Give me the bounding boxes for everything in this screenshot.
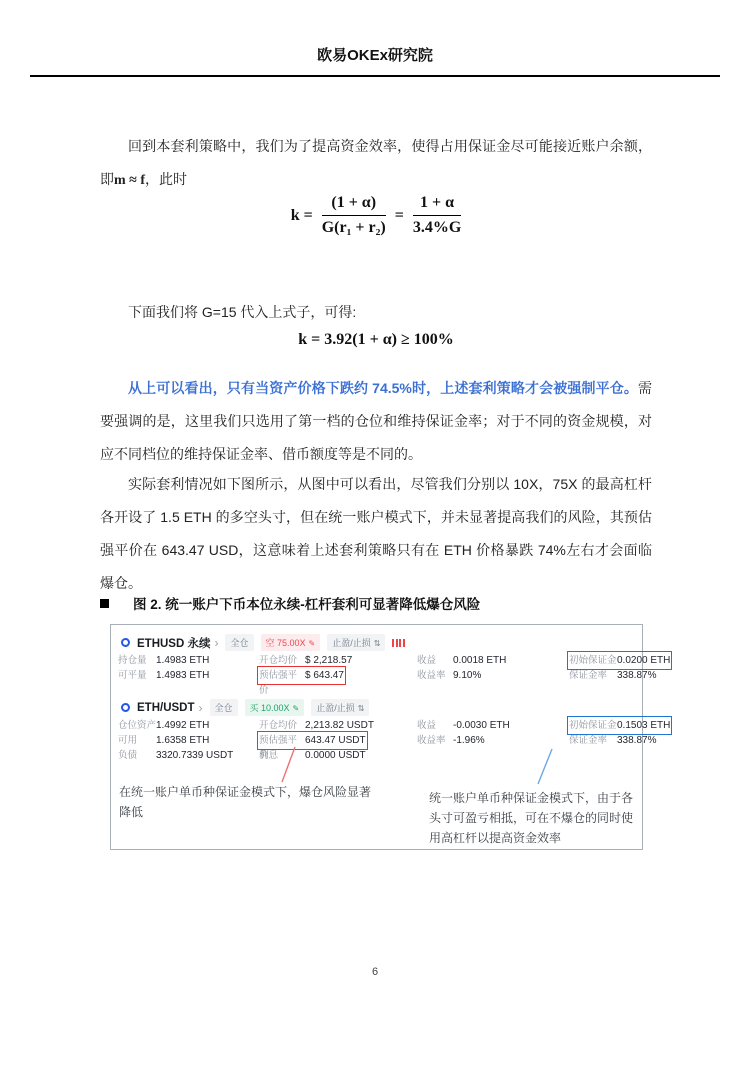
annotation-right: 统一账户单币种保证金模式下，由于各头寸可盈亏相抵，可在不爆仓的同时使用高杠杆以提…	[429, 788, 639, 848]
paragraph-actual-arbitrage: 实际套利情况如下图所示，从图中可以看出，尽管我们分别以 10X，75X 的最高杠…	[100, 468, 652, 600]
field-value: 9.10%	[453, 668, 481, 683]
position1-leverage-label: 空 75.00X	[266, 638, 306, 648]
field-value: 1.4983 ETH	[156, 668, 209, 683]
field-label: 保证金率	[569, 733, 617, 748]
formula-lhs: k =	[291, 207, 313, 225]
field-row: 负债3320.7339 USDT	[118, 748, 233, 763]
swap-arrows-icon: ⇅	[374, 639, 381, 648]
field-value: 643.47 USDT	[305, 733, 366, 748]
field-label: 仓位资产	[118, 718, 156, 733]
field-row: 可用1.6358 ETH	[118, 733, 209, 748]
field-value: 338.87%	[617, 733, 656, 748]
position1-tpsl-tag: 止盈/止损⇅	[327, 634, 385, 651]
fraction-2: 1 + α 3.4%G	[413, 194, 461, 237]
formula-equals: =	[395, 207, 404, 225]
field-row: 收益率-1.96%	[417, 733, 485, 748]
initial-margin-row-highlighted: 初始保证金0.0200 ETH	[569, 653, 670, 668]
position-ring-icon	[121, 638, 130, 647]
figure-caption: 图 2. 统一账户下币本位永续-杠杆套利可显著降低爆仓风险	[100, 593, 480, 613]
position2-leverage-label: 买 10.00X	[250, 703, 290, 713]
position1-margin-mode-tag: 全仓	[225, 634, 253, 651]
position-ring-icon	[121, 703, 130, 712]
field-row: 持仓量1.4983 ETH	[118, 653, 209, 668]
field-label: 开仓均价	[259, 653, 305, 668]
field-row: 保证金率338.87%	[569, 733, 656, 748]
header-divider	[30, 75, 720, 77]
inline-math-m-approx-f: m ≈ f	[114, 173, 145, 188]
field-value: $ 643.47	[305, 668, 344, 683]
position2-symbol: ETH/USDT	[137, 702, 195, 714]
fraction-2-numerator: 1 + α	[413, 194, 461, 216]
field-label: 预估强平价	[259, 668, 305, 683]
field-label: 可用	[118, 733, 156, 748]
field-label: 保证金率	[569, 668, 617, 683]
field-value: 1.4983 ETH	[156, 653, 209, 668]
field-label: 收益率	[417, 733, 453, 748]
position2-leverage-tag: 买 10.00X✎	[245, 699, 305, 716]
position1-tpsl-label: 止盈/止损	[332, 638, 371, 648]
paragraph-intro-tail: ，此时	[145, 171, 187, 187]
annotation-left: 在统一账户单币种保证金模式下，爆仓风险显著降低	[119, 782, 381, 822]
position1-leverage-tag: 空 75.00X✎	[261, 634, 321, 651]
document-page: 欧易OKEx研究院 回到本套利策略中，我们为了提高资金效率，使得占用保证金尽可能…	[0, 0, 750, 1066]
field-label: 利息	[259, 748, 305, 763]
field-value: $ 2,218.57	[305, 653, 352, 668]
formula-k-result: k = 3.92(1 + α) ≥ 100%	[100, 331, 652, 349]
position2-tpsl-label: 止盈/止损	[316, 703, 355, 713]
field-value: 0.1503 ETH	[617, 718, 670, 733]
position2-header: ETH/USDT › 全仓 买 10.00X✎ 止盈/止损⇅	[121, 699, 369, 716]
highlighted-conclusion-text: 从上可以看出，只有当资产价格下跌约 74.5%时，上述套利策略才会被强制平仓。	[128, 380, 638, 396]
field-label: 负债	[118, 748, 156, 763]
chevron-right-icon: ›	[214, 636, 218, 650]
report-header-title: 欧易OKEx研究院	[0, 44, 750, 65]
chevron-right-icon: ›	[199, 701, 203, 715]
field-value: -1.96%	[453, 733, 485, 748]
paragraph-conclusion: 从上可以看出，只有当资产价格下跌约 74.5%时，上述套利策略才会被强制平仓。需…	[100, 372, 652, 471]
field-value: 2,213.82 USDT	[305, 718, 374, 733]
position2-tpsl-tag: 止盈/止损⇅	[311, 699, 369, 716]
fraction-1-numerator: (1 + α)	[322, 194, 386, 216]
field-row: 开仓均价2,213.82 USDT	[259, 718, 374, 733]
field-row: 收益-0.0030 ETH	[417, 718, 510, 733]
field-row: 保证金率338.87%	[569, 668, 656, 683]
caption-bullet-square	[100, 599, 109, 608]
formula-k-definition: k = (1 + α) G(r₁ + r₂) = 1 + α 3.4%G	[100, 194, 652, 237]
field-label: 持仓量	[118, 653, 156, 668]
edit-icon: ✎	[309, 639, 316, 648]
field-row: 利息0.0000 USDT	[259, 748, 366, 763]
field-label: 初始保证金	[569, 718, 617, 733]
position1-symbol: ETHUSD 永续	[137, 635, 210, 651]
field-value: 0.0018 ETH	[453, 653, 506, 668]
swap-arrows-icon: ⇅	[358, 704, 365, 713]
field-row: 开仓均价$ 2,218.57	[259, 653, 352, 668]
field-value: -0.0030 ETH	[453, 718, 510, 733]
paragraph-substitute-g: 下面我们将 G=15 代入上式子，可得:	[100, 296, 652, 329]
field-value: 1.4992 ETH	[156, 718, 209, 733]
paragraph-intro: 回到本套利策略中，我们为了提高资金效率，使得占用保证金尽可能接近账户余额，即m …	[100, 130, 652, 197]
initial-margin-row-highlighted: 初始保证金0.1503 ETH	[569, 718, 670, 733]
field-value: 0.0000 USDT	[305, 748, 366, 763]
figure-caption-text: 图 2. 统一账户下币本位永续-杠杆套利可显著降低爆仓风险	[133, 593, 480, 613]
field-label: 收益	[417, 653, 453, 668]
fraction-1: (1 + α) G(r₁ + r₂)	[322, 194, 386, 237]
position1-header: ETHUSD 永续 › 全仓 空 75.00X✎ 止盈/止损⇅	[121, 634, 405, 651]
field-row: 可平量1.4983 ETH	[118, 668, 209, 683]
edit-icon: ✎	[293, 704, 300, 713]
field-row: 仓位资产1.4992 ETH	[118, 718, 209, 733]
formula-k-result-text: k = 3.92(1 + α) ≥ 100%	[298, 331, 454, 349]
liq-price-row-highlighted: 预估强平价$ 643.47	[259, 668, 344, 683]
field-label: 收益	[417, 718, 453, 733]
fraction-2-denominator: 3.4%G	[413, 216, 461, 237]
field-label: 收益率	[417, 668, 453, 683]
liq-price-row-highlighted: 预估强平价643.47 USDT	[259, 733, 366, 748]
figure-trading-screenshot: ETHUSD 永续 › 全仓 空 75.00X✎ 止盈/止损⇅ 持仓量1.498…	[110, 624, 643, 850]
depth-bars-icon	[392, 639, 405, 647]
field-value: 0.0200 ETH	[617, 653, 670, 668]
field-label: 开仓均价	[259, 718, 305, 733]
fraction-1-denominator: G(r₁ + r₂)	[322, 216, 386, 237]
field-value: 3320.7339 USDT	[156, 748, 233, 763]
field-value: 1.6358 ETH	[156, 733, 209, 748]
field-label: 可平量	[118, 668, 156, 683]
field-label: 初始保证金	[569, 653, 617, 668]
field-row: 收益率9.10%	[417, 668, 481, 683]
position2-margin-mode-tag: 全仓	[210, 699, 238, 716]
field-value: 338.87%	[617, 668, 656, 683]
field-label: 预估强平价	[259, 733, 305, 748]
page-number: 6	[0, 966, 750, 978]
field-row: 收益0.0018 ETH	[417, 653, 506, 668]
